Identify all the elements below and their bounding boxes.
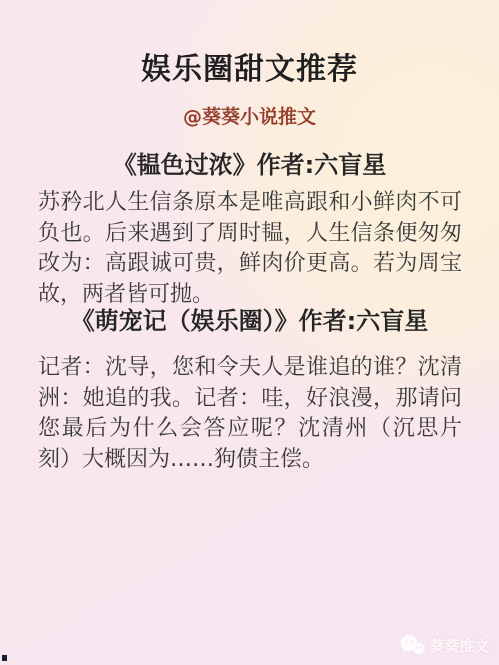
chat-bubbles-icon — [399, 634, 425, 656]
book-1-summary: 苏矜北人生信条原本是唯高跟和小鲜肉不可负也。后来遇到了周时韫，人生信条便匆匆改为… — [38, 188, 462, 310]
book-1-heading: 《韫色过浓》作者:六盲星 — [0, 150, 499, 180]
book-2-summary: 记者：沈导，您和令夫人是谁追的谁？沈清洲：她追的我。记者：哇，好浪漫，那请问您最… — [38, 353, 462, 475]
corner-artifact-dot — [2, 655, 7, 661]
book-2-heading: 《萌宠记（娱乐圈）》作者:六盲星 — [0, 306, 499, 336]
watermark: 葵葵推文 — [399, 634, 489, 656]
watermark-label: 葵葵推文 — [429, 635, 489, 656]
page-title: 娱乐圈甜文推荐 — [0, 52, 499, 88]
author-handle: @葵葵小说推文 — [0, 104, 499, 130]
recommendation-poster: 娱乐圈甜文推荐 @葵葵小说推文 《韫色过浓》作者:六盲星 苏矜北人生信条原本是唯… — [0, 0, 499, 665]
